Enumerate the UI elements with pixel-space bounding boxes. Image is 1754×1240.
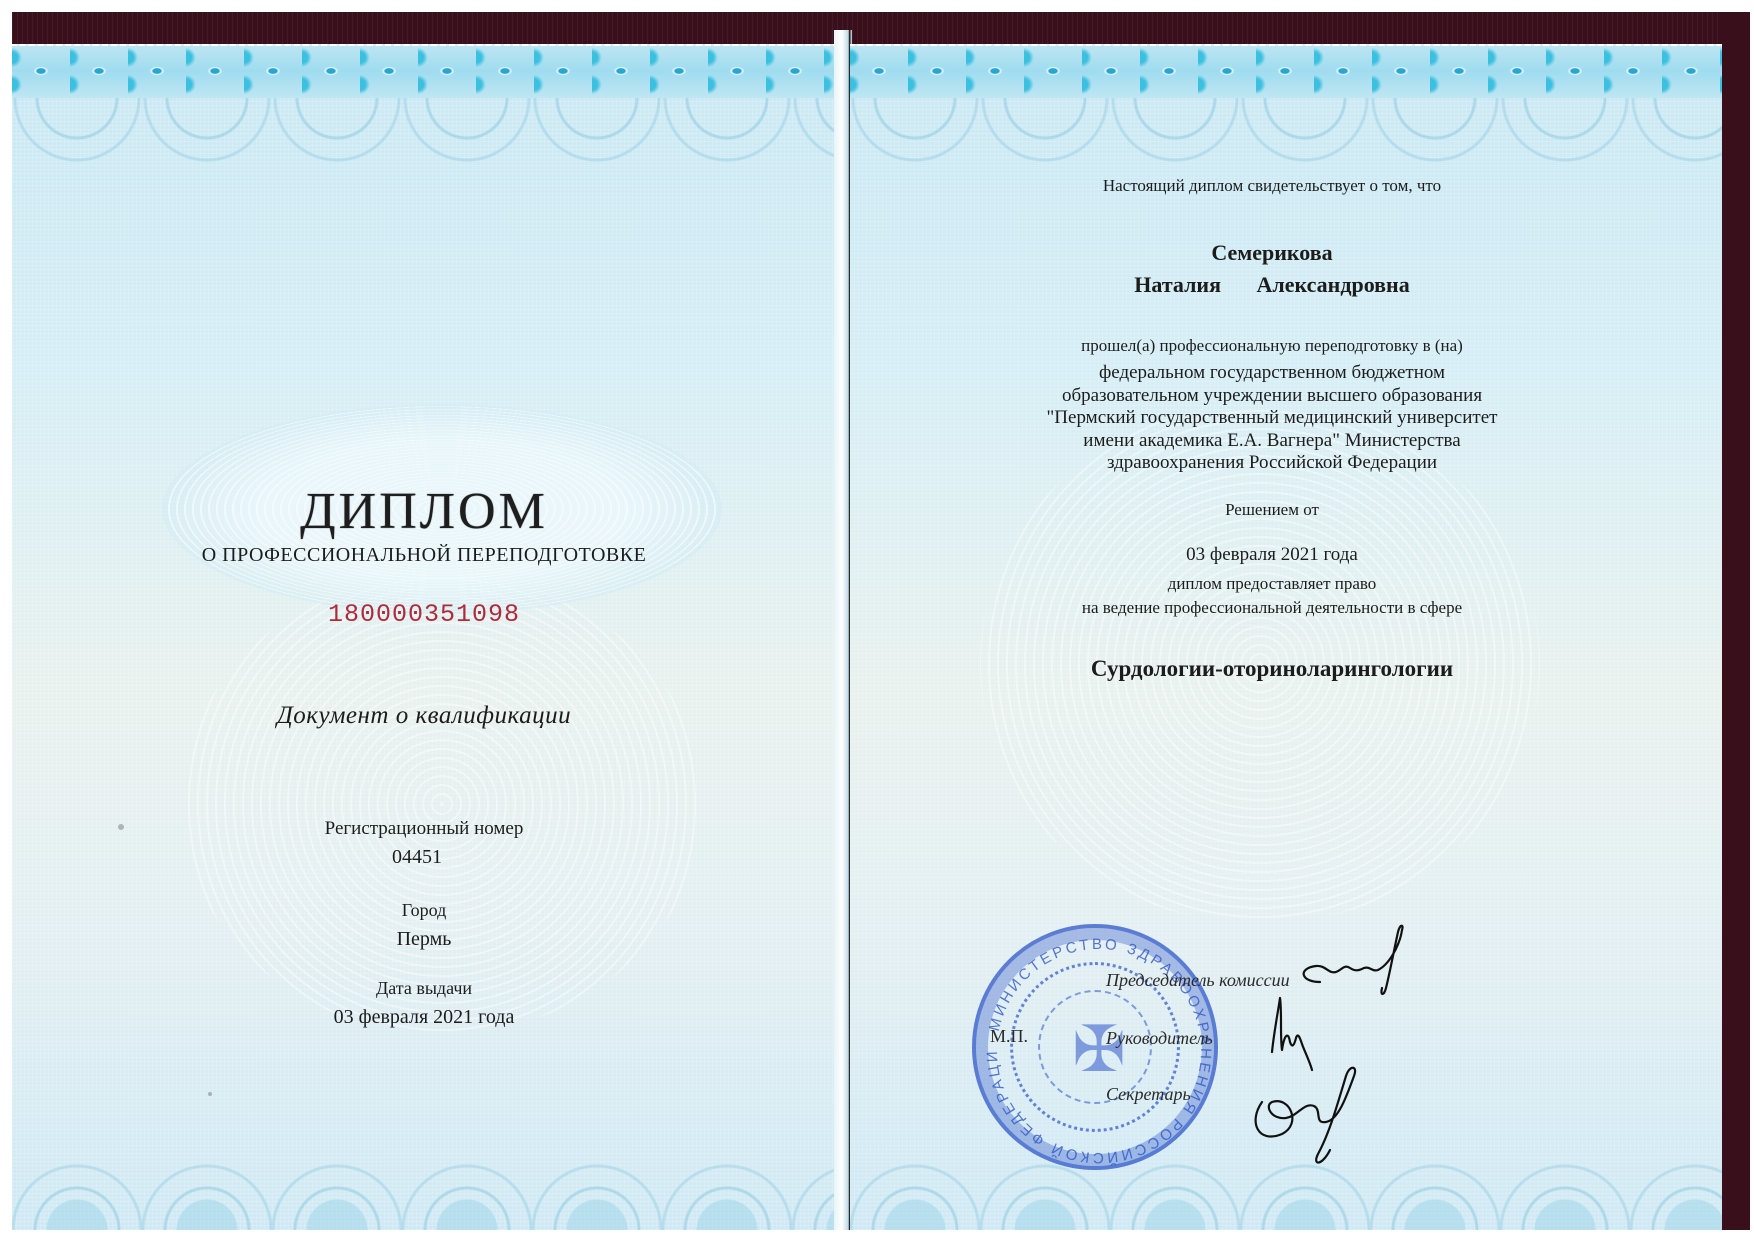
document-type: Документ о квалификации [12,702,836,730]
city-label: Город [12,900,836,921]
guilloche-rosette [182,574,702,1034]
left-page: ДИПЛОМ О ПРОФЕССИОНАЛЬНОЙ ПЕРЕПОДГОТОВКЕ… [12,44,836,1230]
institution-name: федеральном государственном бюджетном об… [850,362,1694,475]
secretary-signature [1242,1062,1382,1172]
decorative-arches-bottom [12,1130,836,1230]
head-signature-label: Руководитель [1106,1028,1213,1049]
holder-given-names: Наталия Александровна [850,272,1694,298]
institution-line: федеральном государственном бюджетном [850,362,1694,385]
decision-label: Решением от [850,500,1694,520]
scan-speck [208,1092,212,1096]
double-headed-eagle-icon: ✠ [1064,1010,1134,1090]
institution-line: имени академика Е.А. Вагнера" Министерст… [850,430,1694,453]
seal-ring-text: МИНИСТЕРСТВО ЗДРАВООХРАНЕНИЯ РОССИЙСКОЙ … [976,928,1222,1174]
decorative-border-top [850,44,1722,98]
institution-line: образовательном учреждении высшего образ… [850,385,1694,408]
scan-speck [118,824,124,830]
diploma-title: ДИПЛОМ [12,482,836,541]
institution-line: здравоохранения Российской Федерации [850,452,1694,475]
diploma-subtitle: О ПРОФЕССИОНАЛЬНОЙ ПЕРЕПОДГОТОВКЕ [12,544,836,567]
serial-number: 180000351098 [12,600,836,629]
stamp-place-label: М.П. [990,1026,1028,1047]
decision-date: 03 февраля 2021 года [850,544,1694,566]
decorative-arches-top [12,98,836,198]
retraining-statement: прошел(а) профессиональную переподготовк… [850,336,1694,356]
rights-line-1: диплом предоставляет право [850,574,1694,594]
specialty: Сурдологии-оториноларингологии [850,656,1694,682]
issue-date: 03 февраля 2021 года [12,1006,836,1029]
right-page: Настоящий диплом свидетельствует о том, … [850,44,1722,1230]
institution-line: "Пермский государственный медицинский ун… [850,407,1694,430]
head-signature [1264,992,1324,1072]
secretary-signature-label: Секретарь [1106,1084,1191,1105]
city-value: Пермь [12,928,836,951]
registration-number: 04451 [12,846,836,869]
holder-surname: Семерикова [850,240,1694,266]
rights-line-2: на ведение профессиональной деятельности… [850,598,1694,618]
chair-signature-label: Председатель комиссии [1106,970,1290,991]
registration-label: Регистрационный номер [12,818,836,840]
intro-text: Настоящий диплом свидетельствует о том, … [850,176,1694,196]
decorative-border-top [12,44,836,98]
issue-date-label: Дата выдачи [12,978,836,999]
cover-edge [1722,12,1750,1230]
